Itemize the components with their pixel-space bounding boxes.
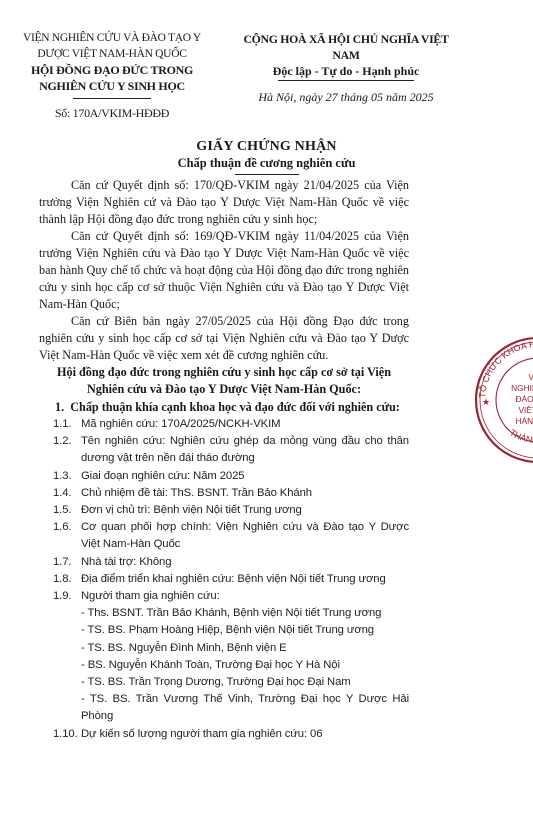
divider	[73, 98, 151, 99]
preamble-paragraph: Căn cứ Biên bản ngày 27/05/2025 của Hội …	[39, 313, 409, 364]
seal-center-line: NGHIÊN CỨU	[511, 383, 533, 393]
institute-name-line1: VIỆN NGHIÊN CỨU VÀ ĐÀO TẠO Y	[22, 30, 202, 46]
national-header: CỘNG HOÀ XÃ HỘI CHỦ NGHĨA VIỆT NAM Độc l…	[230, 31, 462, 105]
participant-item: - TS. BS. Nguyễn Đình Minh, Bệnh viện E	[39, 640, 409, 657]
seal-bottom-text: THÀNH PHỐ	[508, 427, 533, 445]
participant-item: - TS. BS. Phạm Hoàng Hiệp, Bệnh viện Nội…	[39, 622, 409, 639]
participant-item: - Ths. BSNT. Trần Bảo Khánh, Bệnh viện N…	[39, 605, 409, 622]
institute-name-line2: DƯỢC VIỆT NAM-HÀN QUỐC	[22, 46, 202, 62]
seal-center-line: ĐÀO TẠO Y	[516, 394, 533, 404]
title-main: GIẤY CHỨNG NHẬN	[0, 138, 533, 155]
list-item: 1.9.Người tham gia nghiên cứu:	[39, 588, 409, 605]
council-name-line2: NGHIÊN CỨU Y SINH HỌC	[22, 78, 202, 94]
official-seal: TỔ CHỨC KHOA HỌC VÀ CÔNG NGHỆ THÀNH PHỐ …	[473, 335, 533, 465]
national-motto: Độc lập - Tự do - Hạnh phúc	[230, 63, 462, 79]
list-item: 1.8.Địa điểm triển khai nghiên cứu: Bệnh…	[39, 571, 409, 588]
section-heading: 1. Chấp thuận khía cạnh khoa học và đạo …	[55, 399, 409, 416]
list-item: 1.3.Giai đoạn nghiên cứu: Năm 2025	[39, 468, 409, 485]
star-icon: ★	[482, 397, 490, 407]
nation-name: CỘNG HOÀ XÃ HỘI CHỦ NGHĨA VIỆT NAM	[230, 31, 462, 63]
list-item: 1.1.Mã nghiên cứu: 170A/2025/NCKH-VKIM	[39, 416, 409, 433]
approval-section: 1. Chấp thuận khía cạnh khoa học và đạo …	[39, 399, 409, 743]
participant-item: - BS. Nguyễn Khánh Toàn, Trường Đại học …	[39, 657, 409, 674]
seal-center-line: VIỆT NAM	[518, 405, 533, 415]
issuer-block: VIỆN NGHIÊN CỨU VÀ ĐÀO TẠO Y DƯỢC VIỆT N…	[22, 30, 202, 121]
document-title: GIẤY CHỨNG NHẬN Chấp thuận đề cương nghi…	[0, 138, 533, 175]
list-item: 1.4.Chủ nhiệm đề tài: ThS. BSNT. Trần Bả…	[39, 485, 409, 502]
divider	[235, 174, 299, 175]
list-item: 1.2.Tên nghiên cứu: Nghiên cứu ghép da m…	[39, 433, 409, 467]
title-sub: Chấp thuận đề cương nghiên cứu	[0, 155, 533, 171]
list-item: 1.7.Nhà tài trợ: Không	[39, 554, 409, 571]
decision-heading: Hội đồng đạo đức trong nghiên cứu y sinh…	[39, 364, 409, 398]
seal-center-line: HÀN QUỐC	[516, 415, 533, 426]
document-body: Căn cứ Quyết định số: 170/QĐ-VKIM ngày 2…	[39, 177, 409, 743]
preamble-paragraph: Căn cứ Quyết định số: 170/QĐ-VKIM ngày 2…	[39, 177, 409, 228]
document-number: Số: 170A/VKIM-HĐĐĐ	[22, 105, 202, 121]
place-date: Hà Nội, ngày 27 tháng 05 năm 2025	[230, 90, 462, 105]
divider	[278, 80, 414, 81]
section-items: 1.1.Mã nghiên cứu: 170A/2025/NCKH-VKIM1.…	[39, 416, 409, 743]
list-item: 1.6.Cơ quan phối hợp chính: Viện Nghiên …	[39, 519, 409, 553]
participant-item: - TS. BS. Trần Vương Thế Vinh, Trường Đạ…	[39, 691, 409, 725]
participant-item: - TS. BS. Trần Trọng Dương, Trường Đại h…	[39, 674, 409, 691]
seal-center-line: VIỆN	[528, 372, 533, 382]
list-item: 1.5.Đơn vị chủ trì: Bệnh viện Nội tiết T…	[39, 502, 409, 519]
preamble-paragraph: Căn cứ Quyết định số: 169/QĐ-VKIM ngày 1…	[39, 228, 409, 313]
council-name-line1: HỘI ĐỒNG ĐẠO ĐỨC TRONG	[22, 62, 202, 78]
list-item: 1.10.Dự kiến số lượng người tham gia ngh…	[39, 726, 409, 743]
svg-text:THÀNH PHỐ: THÀNH PHỐ	[508, 427, 533, 445]
